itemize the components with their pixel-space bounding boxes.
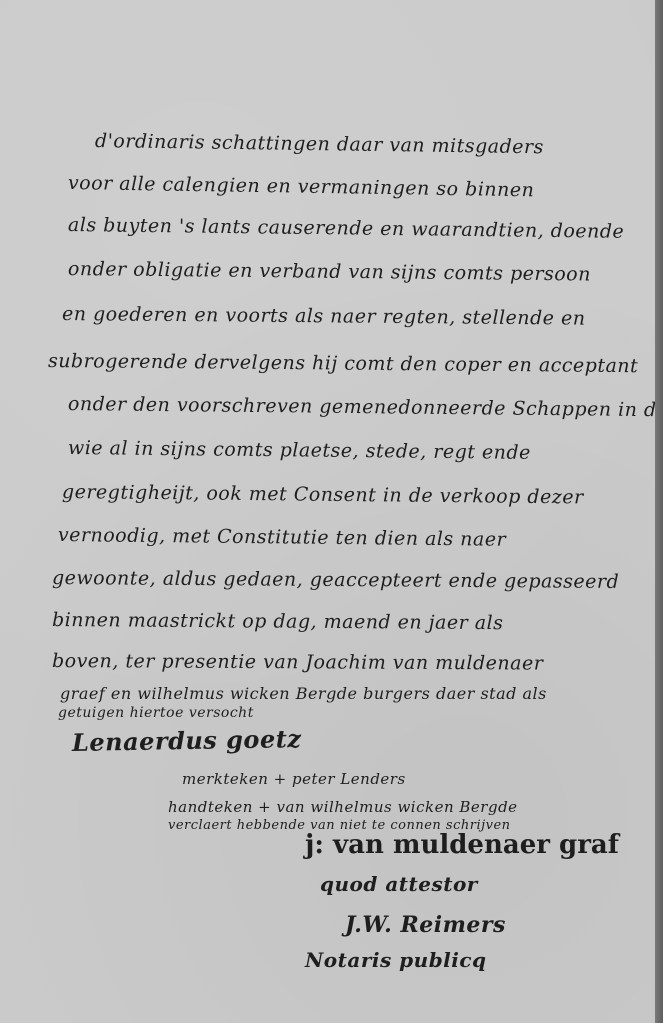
- body-line-14: graef en wilhelmus wicken Bergde burgers…: [60, 684, 547, 703]
- mark-wicken: handteken + van wilhelmus wicken Bergde: [168, 798, 518, 816]
- body-line-2: voor alle calengien en vermaningen so bi…: [68, 172, 535, 201]
- body-line-11: gewoonte, aldus gedaen, geaccepteert end…: [52, 567, 619, 593]
- body-line-7: onder den voorschreven gemenedonneerde S…: [68, 393, 663, 422]
- body-line-1: d'ordinaris schattingen daar van mitsgad…: [95, 130, 544, 158]
- page-binding-edge: [655, 0, 663, 1023]
- body-line-3: als buyten 's lants causerende en waaran…: [68, 214, 625, 243]
- body-line-4: onder obligatie en verband van sijns com…: [68, 258, 591, 285]
- body-line-12: binnen maastrickt op dag, maend en jaer …: [52, 609, 504, 634]
- body-line-8: wie al in sijns comts plaetse, stede, re…: [68, 437, 531, 464]
- mark-lenders: merkteken + peter Lenders: [182, 770, 406, 788]
- body-line-10: vernoodig, met Constitutie ten dien als …: [58, 524, 506, 551]
- body-line-5: en goederen en voorts als naer regten, s…: [62, 303, 586, 330]
- body-line-15: getuigen hiertoe versocht: [58, 705, 254, 721]
- body-line-13: boven, ter presentie van Joachim van mul…: [52, 650, 543, 675]
- document-page: d'ordinaris schattingen daar van mitsgad…: [0, 0, 663, 1023]
- body-line-6: subrogerende dervelgens hij comt den cop…: [48, 350, 638, 377]
- signature-quod-attestor: quod attestor: [320, 872, 478, 896]
- signature-notaris-publicq: Notaris publicq: [305, 948, 487, 972]
- signature-goetz: Lenaerdus goetz: [72, 724, 302, 757]
- signature-reimers: J.W. Reimers: [345, 912, 506, 938]
- body-line-9: geregtigheijt, ook met Consent in de ver…: [62, 481, 584, 508]
- signature-van-muldenaer: j: van muldenaer graf: [305, 830, 619, 860]
